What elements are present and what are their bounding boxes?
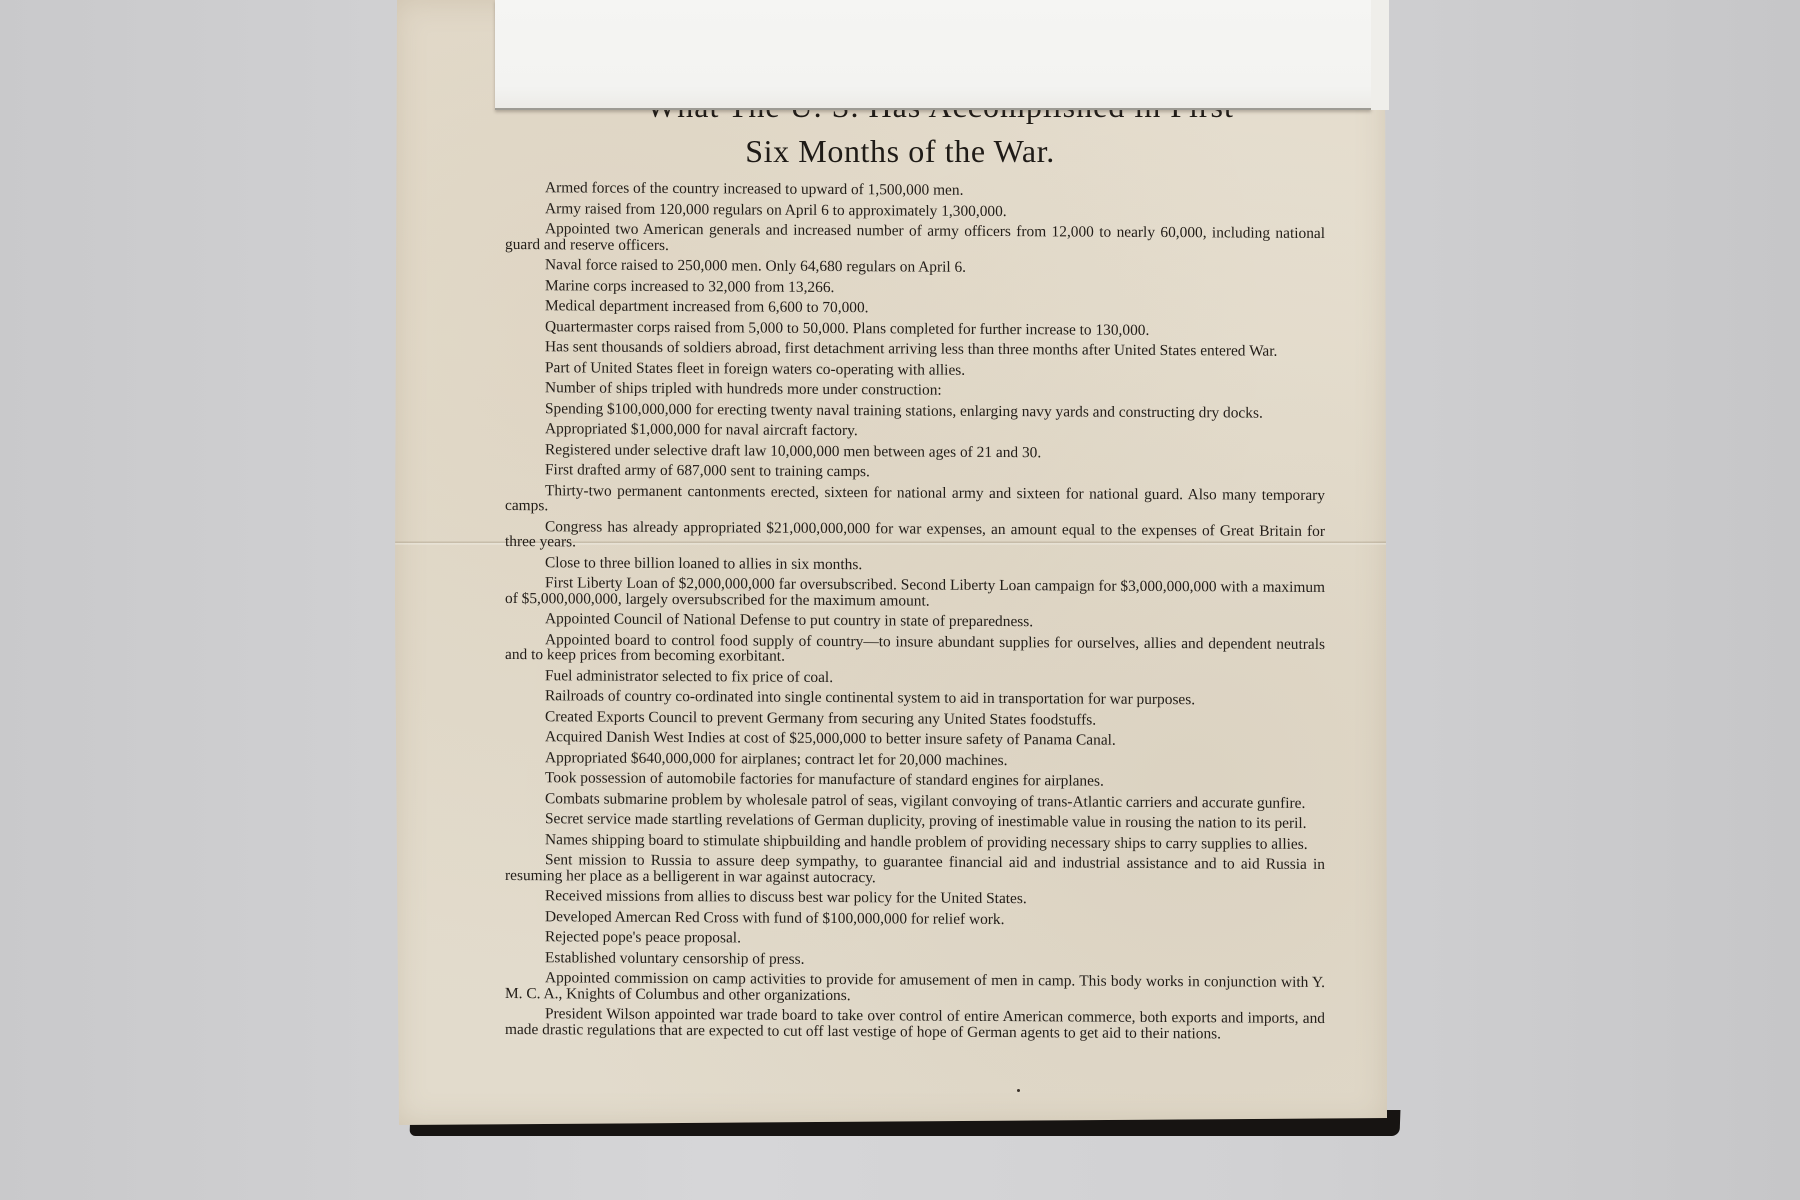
document-paragraph: Army raised from 120,000 regulars on Apr… bbox=[505, 201, 1325, 222]
document-paragraph: Number of ships tripled with hundreds mo… bbox=[505, 380, 1325, 401]
document-paragraph: Appointed two American generals and incr… bbox=[505, 221, 1325, 257]
document-paragraph: Combats submarine problem by wholesale p… bbox=[505, 791, 1325, 812]
document-paragraph: Close to three billion loaned to allies … bbox=[505, 555, 1325, 576]
document-paragraph: Appropriated $640,000,000 for airplanes;… bbox=[505, 750, 1325, 771]
document-title-line-2: Six Months of the War. bbox=[540, 133, 1260, 170]
document-paragraph: First drafted army of 687,000 sent to tr… bbox=[505, 462, 1325, 483]
document-paragraph: Fuel administrator selected to fix price… bbox=[505, 668, 1325, 689]
document-paragraph: Quartermaster corps raised from 5,000 to… bbox=[505, 319, 1325, 340]
document-paragraph: Secret service made startling revelation… bbox=[505, 811, 1325, 832]
document-paragraph: President Wilson appointed war trade boa… bbox=[505, 1006, 1325, 1042]
document-paragraph: Railroads of country co-ordinated into s… bbox=[505, 688, 1325, 709]
document-paragraph: Acquired Danish West Indies at cost of $… bbox=[505, 729, 1325, 750]
white-cover-flap bbox=[495, 0, 1371, 110]
document-paragraph: Appointed board to control food supply o… bbox=[505, 632, 1325, 668]
document-paragraph: First Liberty Loan of $2,000,000,000 far… bbox=[505, 575, 1325, 611]
document-paragraph: Appropriated $1,000,000 for naval aircra… bbox=[505, 421, 1325, 442]
document-paragraph: Medical department increased from 6,600 … bbox=[505, 298, 1325, 319]
document-paragraph: Congress has already appropriated $21,00… bbox=[505, 519, 1325, 555]
document-paragraph: Created Exports Council to prevent Germa… bbox=[505, 709, 1325, 730]
document-paragraph: Thirty-two permanent cantonments erected… bbox=[505, 483, 1325, 519]
document-paragraph: Naval force raised to 250,000 men. Only … bbox=[505, 257, 1325, 278]
document-paragraph: Names shipping board to stimulate shipbu… bbox=[505, 832, 1325, 853]
document-paragraph: Spending $100,000,000 for erecting twent… bbox=[505, 401, 1325, 422]
document-paragraph: Marine corps increased to 32,000 from 13… bbox=[505, 278, 1325, 299]
document-paragraph: Developed Amercan Red Cross with fund of… bbox=[505, 909, 1325, 930]
document-paragraph: Has sent thousands of soldiers abroad, f… bbox=[505, 339, 1325, 360]
photo-scene: What The U. S. Has Accomplished in First… bbox=[0, 0, 1800, 1200]
document-body: Armed forces of the country increased to… bbox=[505, 180, 1325, 1047]
document-paragraph: Received missions from allies to discuss… bbox=[505, 888, 1325, 909]
document-paragraph: Part of United States fleet in foreign w… bbox=[505, 360, 1325, 381]
document-paragraph: Appointed commission on camp activities … bbox=[505, 970, 1325, 1006]
document-paragraph: Appointed Council of National Defense to… bbox=[505, 611, 1325, 632]
document-paragraph: Registered under selective draft law 10,… bbox=[505, 442, 1325, 463]
ink-speck bbox=[1017, 1089, 1020, 1092]
document-paragraph: Established voluntary censorship of pres… bbox=[505, 950, 1325, 971]
document-paragraph: Sent mission to Russia to assure deep sy… bbox=[505, 852, 1325, 888]
document-paragraph: Took possession of automobile factories … bbox=[505, 770, 1325, 791]
document-paragraph: Rejected pope's peace proposal. bbox=[505, 929, 1325, 950]
